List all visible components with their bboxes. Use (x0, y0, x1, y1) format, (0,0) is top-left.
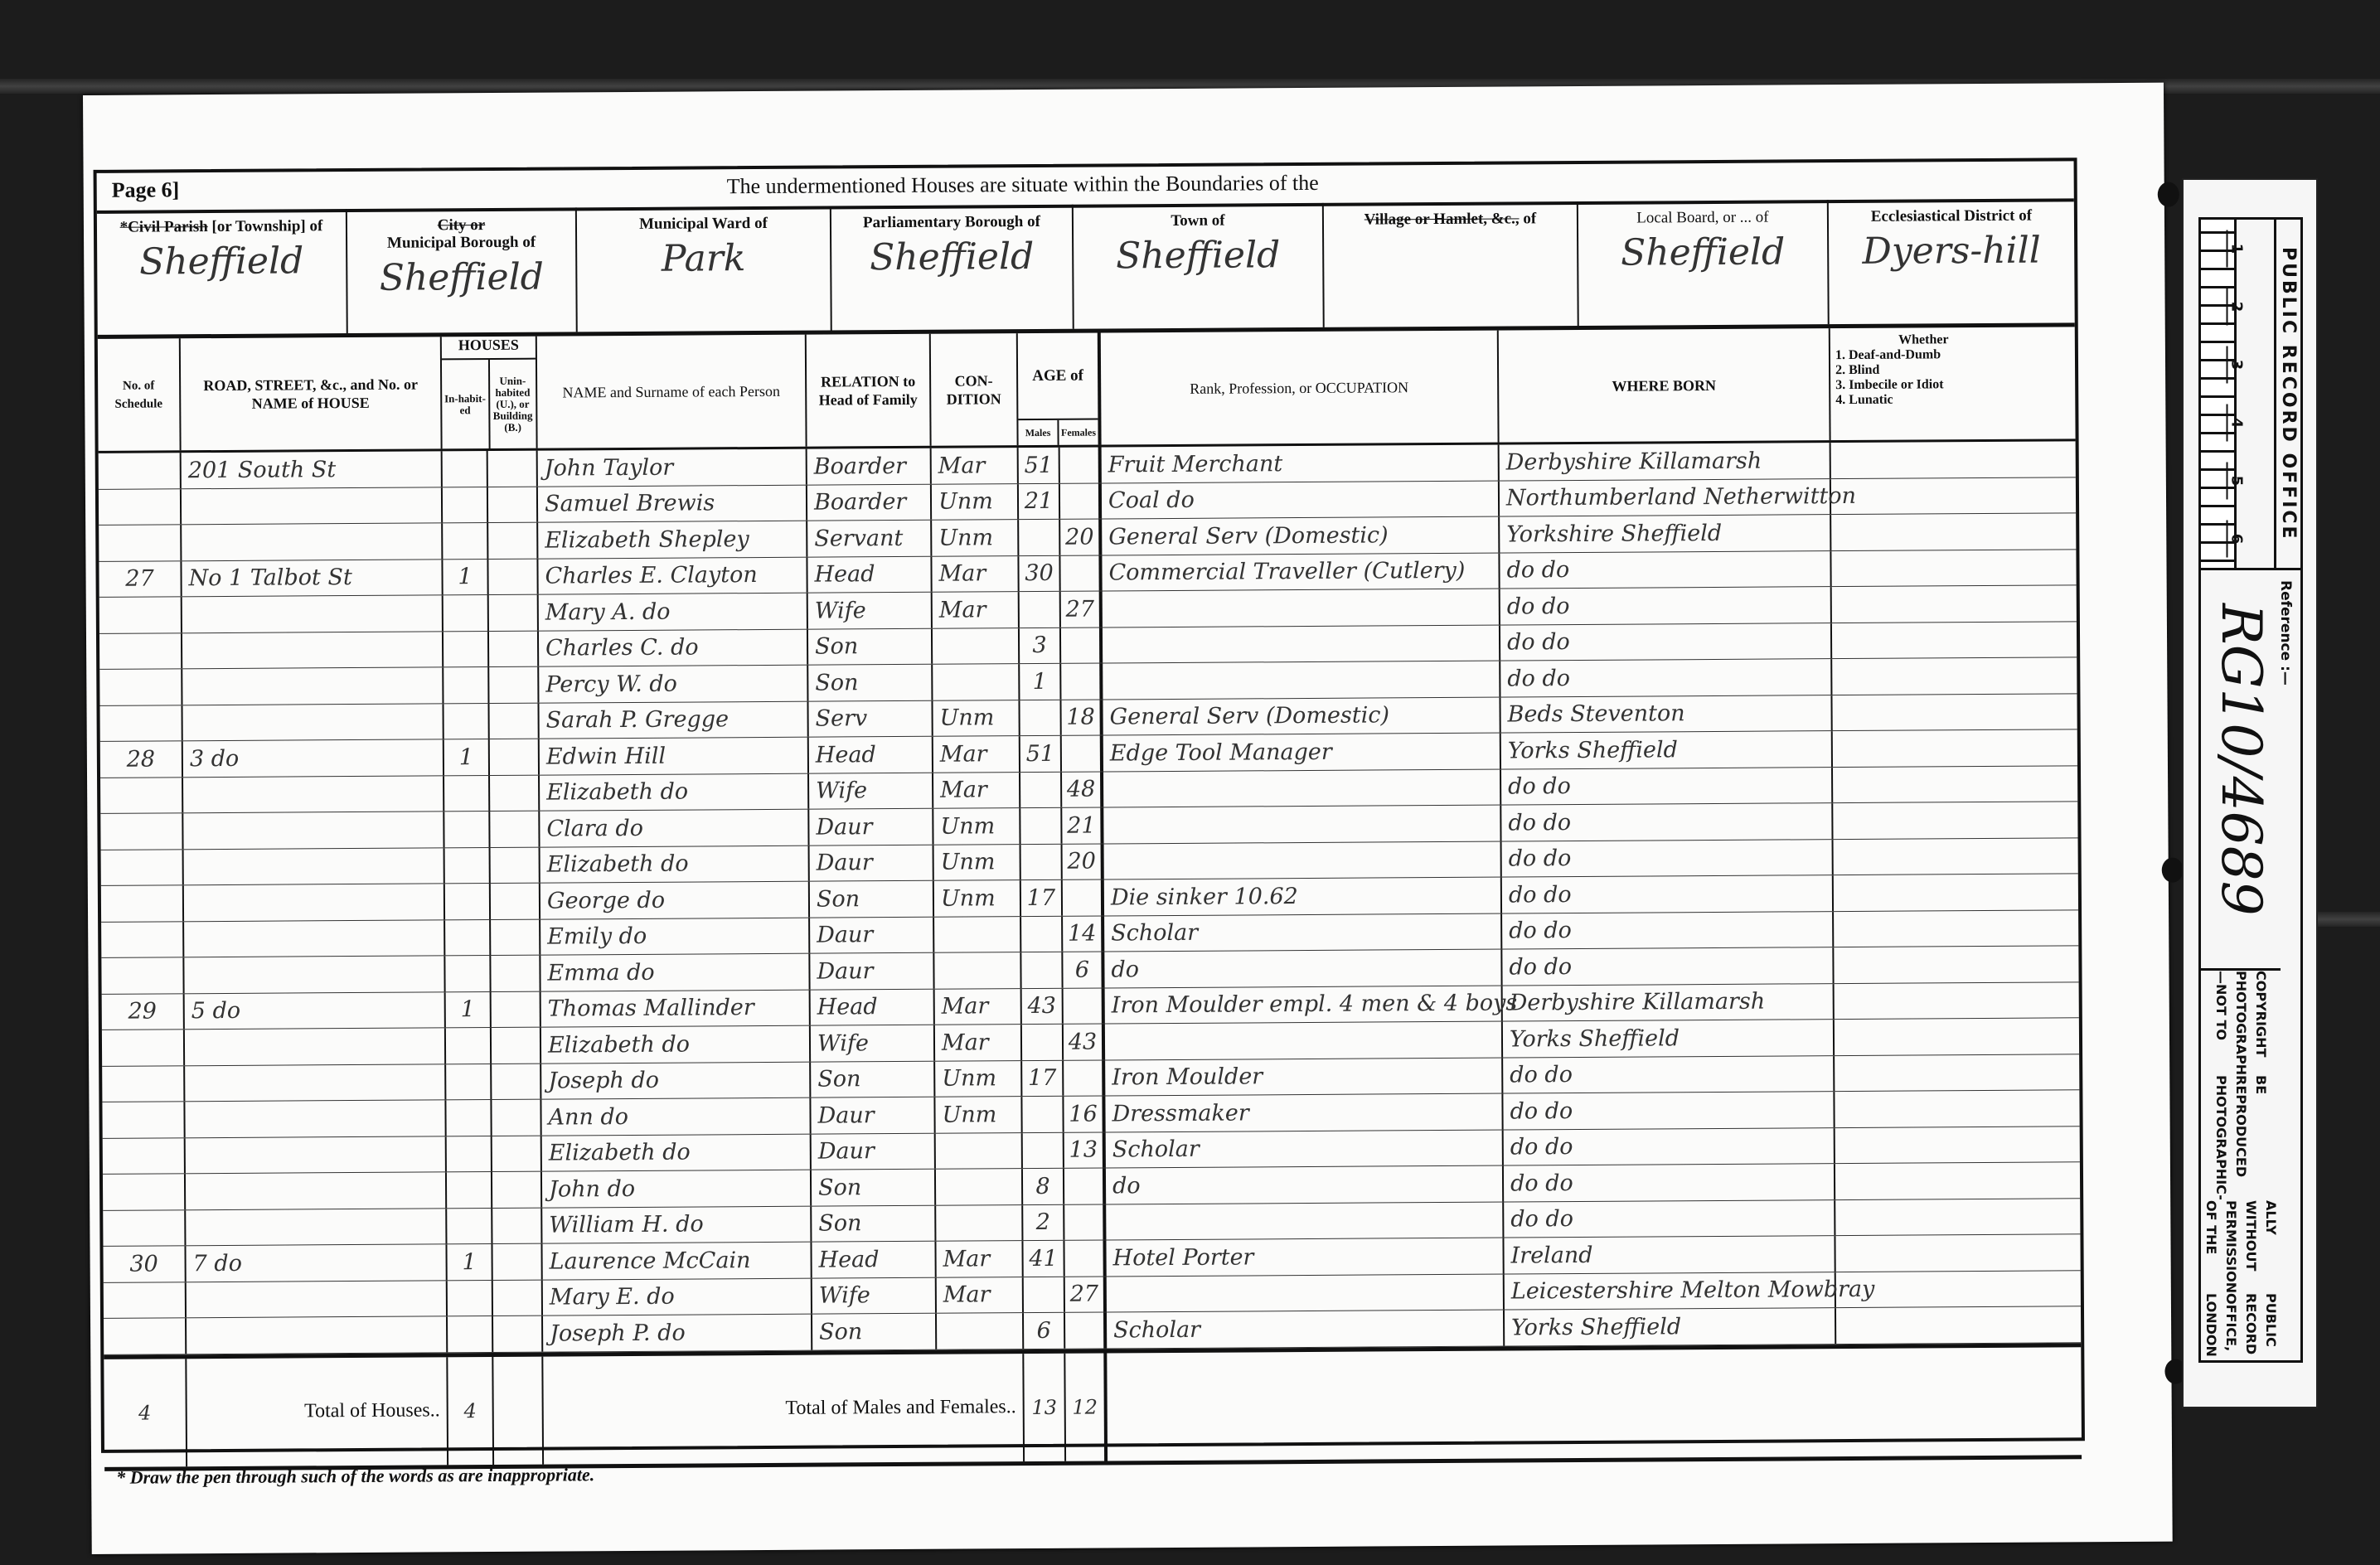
relation: Daur (810, 845, 934, 880)
condition: Mar (937, 1277, 1024, 1313)
age-female (1061, 627, 1103, 663)
where-born: do do (1504, 1164, 1835, 1201)
road-address: 3 do (183, 739, 444, 776)
relation: Son (812, 1170, 936, 1205)
road-address (182, 595, 444, 632)
col-age: AGE of (1018, 333, 1098, 421)
schedule-number (104, 1282, 187, 1318)
condition (936, 1169, 1023, 1204)
where-born: Yorkshire Sheffield (1500, 515, 1831, 552)
person-name: Mary A. do (539, 594, 808, 630)
binder-hole (2158, 182, 2179, 207)
label-struck: Village or Hamlet, &c., (1365, 210, 1520, 228)
where-born: Ireland (1504, 1236, 1835, 1273)
condition: Mar (935, 989, 1022, 1025)
road-address (182, 704, 444, 740)
infirmity-cell (1835, 1199, 2022, 1235)
infirmity-cell (1834, 875, 2020, 911)
where-born: do do (1500, 587, 1832, 624)
age-female (1060, 448, 1102, 483)
total-persons-label: Total of Males and Females.. (543, 1354, 1025, 1465)
municipal-borough-value: Sheffield (347, 255, 575, 299)
ruler-scale (2201, 220, 2237, 568)
census-form: Page 6] The undermentioned Houses are si… (94, 157, 2085, 1453)
road-address (187, 1281, 448, 1317)
infirmity-cell (1831, 550, 2018, 586)
road-address (184, 920, 445, 957)
inhabited-count (445, 884, 491, 919)
age-male: 1 (1020, 664, 1061, 700)
condition: Mar (932, 448, 1019, 483)
relation: Daur (811, 1097, 935, 1133)
condition: Mar (932, 556, 1019, 592)
where-born: Leicestershire Melton Mowbray (1505, 1272, 1836, 1310)
copyright-line: COPYRIGHT PHOTOGRAPH—NOT TO (2211, 971, 2271, 1075)
infirmity-cell (1832, 622, 2019, 658)
age-female (1061, 663, 1103, 699)
infirmity-cell (1835, 1019, 2021, 1055)
relation: Head (812, 1242, 936, 1277)
age-male (1021, 844, 1063, 879)
occupation (1103, 589, 1500, 627)
label-struck: *Civil Parish (120, 218, 208, 236)
relation: Son (810, 881, 934, 917)
census-page: Page 6] The undermentioned Houses are si… (83, 83, 2173, 1554)
age-female: 27 (1061, 591, 1103, 627)
age-male: 17 (1022, 1060, 1064, 1096)
relation: Head (811, 989, 935, 1025)
village-value (1324, 232, 1577, 234)
occupation: Scholar (1107, 1311, 1505, 1348)
uninhabited-cell (492, 1208, 542, 1243)
uninhabited-cell (490, 739, 540, 775)
occupation: Fruit Merchant (1102, 445, 1500, 482)
condition: Unm (932, 520, 1019, 555)
person-name: Laurence McCain (542, 1243, 812, 1279)
infirmity-cell (1835, 1091, 2021, 1127)
age-female: 20 (1060, 520, 1102, 555)
age-female: 16 (1064, 1096, 1105, 1131)
condition (933, 628, 1020, 664)
age-male: 43 (1022, 988, 1064, 1024)
age-male: 41 (1023, 1241, 1064, 1277)
road-address (184, 884, 445, 920)
infirmity-cell (1835, 1235, 2022, 1272)
uninhabited-cell (492, 1100, 541, 1136)
person-name: Charles E. Clayton (538, 557, 807, 594)
relation: Son (811, 1061, 935, 1097)
relation: Head (807, 556, 932, 592)
where-born: Derbyshire Killamarsh (1503, 984, 1835, 1021)
age-female (1063, 879, 1104, 915)
occupation (1103, 806, 1501, 843)
col-schedule: No. of Schedule (98, 338, 180, 451)
where-born: do do (1502, 947, 1834, 985)
road-address (186, 1136, 447, 1173)
occupation: Hotel Porter (1106, 1238, 1504, 1276)
road-address: 201 South St (182, 451, 443, 487)
col-occupation: Rank, Profession, or OCCUPATION (1101, 331, 1498, 445)
condition: Mar (936, 1241, 1023, 1277)
inhabited-count (447, 1136, 492, 1172)
person-name: Emily do (540, 918, 810, 954)
occupation (1103, 769, 1501, 807)
inhabited-count (445, 956, 491, 991)
col-where-born: WHERE BORN (1499, 328, 1830, 442)
age-female (1065, 1312, 1107, 1348)
uninhabited-cell (488, 523, 538, 559)
relation: Servant (807, 521, 932, 556)
relation: Son (812, 1205, 936, 1241)
occupation: do (1106, 1166, 1504, 1204)
person-name: Emma do (540, 954, 810, 991)
infirmity-cell (1834, 838, 2020, 875)
relation: Son (808, 665, 933, 700)
uninhabited-cell (492, 1064, 541, 1099)
age-female (1064, 1204, 1106, 1240)
schedule-number (101, 850, 184, 885)
infirmity-cell (1831, 477, 2018, 514)
ecclesiastical-district-cell: Ecclesiastical District of Dyers-hill (1829, 198, 2075, 324)
inhabited-count: 1 (443, 560, 488, 595)
condition (936, 1205, 1023, 1241)
total-houses: 4 (448, 1357, 494, 1465)
uninhabited-cell (488, 451, 538, 487)
inhabited-count (447, 1209, 492, 1244)
condition (936, 1133, 1023, 1169)
condition: Unm (933, 808, 1020, 844)
relation: Head (809, 737, 933, 773)
infirmity-cell (1832, 658, 2019, 695)
col-houses: HOUSES (442, 337, 536, 361)
age-female (1064, 988, 1105, 1024)
where-born: Yorks Sheffield (1503, 1020, 1835, 1057)
uninhabited-cell (492, 1244, 542, 1280)
where-born: do do (1502, 875, 1834, 913)
total-males: 13 (1024, 1353, 1066, 1461)
infirmity-cell (1833, 766, 2019, 802)
local-board-value: Sheffield (1578, 230, 1827, 274)
relation: Son (812, 1314, 937, 1349)
schedule-number (103, 1210, 186, 1246)
road-address (186, 1172, 447, 1209)
person-name: Thomas Mallinder (541, 990, 811, 1026)
schedule-number (101, 885, 184, 921)
village-cell: Village or Hamlet, &c., of (1324, 201, 1579, 327)
uninhabited-cell (493, 1280, 543, 1315)
infirmity-cell (1835, 1163, 2022, 1199)
occupation: Commercial Traveller (Cutlery) (1102, 553, 1500, 590)
road-address (183, 776, 444, 812)
copyright-notice: COPYRIGHT PHOTOGRAPH—NOT TO BE REPRODUCE… (2201, 968, 2281, 1360)
col-infirmity: Whether 1. Deaf-and-Dumb 2. Blind 3. Imb… (1830, 327, 2018, 440)
person-name: Elizabeth do (541, 1026, 811, 1063)
infirmity-cell (1834, 947, 2020, 983)
age-female (1064, 1240, 1106, 1276)
age-male (1019, 520, 1060, 555)
schedule-number (99, 453, 182, 488)
uninhabited-cell (491, 956, 540, 991)
col-males: Males (1018, 420, 1059, 445)
age-female (1062, 735, 1103, 771)
age-female: 18 (1061, 700, 1103, 735)
infirmity-cell (1835, 1127, 2022, 1163)
uninhabited-cell (490, 775, 540, 811)
scale-numbers: 1 2 3 4 5 6 (2237, 220, 2276, 568)
age-female (1064, 1060, 1105, 1096)
schedule-number (99, 705, 182, 741)
inhabited-count (444, 704, 489, 739)
age-male (1024, 1277, 1065, 1312)
schedule-number (99, 669, 182, 705)
age-female: 14 (1063, 916, 1104, 952)
municipal-ward-value: Park (577, 236, 830, 280)
person-name: William H. do (542, 1206, 812, 1243)
page-number: Page 6] (112, 177, 180, 202)
person-name: Elizabeth Shepley (538, 521, 807, 558)
condition: Mar (933, 773, 1020, 808)
occupation: Coal do (1102, 481, 1500, 518)
person-name: Elizabeth do (540, 845, 810, 882)
road-address (183, 812, 444, 848)
relation: Wife (809, 773, 933, 808)
uninhabited-cell (489, 595, 539, 631)
infirmity-cell (1836, 1307, 2023, 1344)
inhabited-count (443, 487, 488, 523)
label: [or Township] of (211, 217, 322, 235)
condition: Mar (935, 1025, 1022, 1060)
label: Parliamentary Borough of (831, 205, 1072, 232)
where-born: Yorks Sheffield (1505, 1308, 1836, 1345)
occupation (1105, 1022, 1503, 1059)
relation: Boarder (807, 448, 932, 484)
scale-number: 3 (2227, 346, 2285, 384)
table-body: 201 South StJohn TaylorBoarderMar51Fruit… (99, 441, 2082, 1354)
where-born: do do (1501, 803, 1833, 841)
age-female: 21 (1062, 807, 1103, 843)
age-male (1023, 1132, 1064, 1168)
inhabited-count (448, 1316, 493, 1352)
road-address: 5 do (185, 992, 446, 1029)
condition: Unm (935, 1097, 1022, 1132)
occupation: Edge Tool Manager (1103, 734, 1501, 771)
where-born: do do (1501, 768, 1833, 805)
label: of (1523, 210, 1536, 227)
uninhabited-cell (489, 703, 539, 739)
occupation (1107, 1274, 1505, 1311)
schedule-number: 29 (102, 994, 185, 1030)
age-male: 6 (1024, 1313, 1065, 1349)
occupation: Scholar (1104, 913, 1502, 951)
occupation: Iron Moulder (1105, 1058, 1503, 1095)
col-condition: CON-DITION (931, 333, 1017, 446)
uninhabited-cell (488, 487, 538, 522)
col-uninhabited: Unin-habited (U.), or Building (B.) (489, 360, 536, 448)
person-name: Sarah P. Gregge (539, 701, 808, 738)
label: Municipal Ward of (577, 206, 830, 233)
road-address (184, 848, 445, 884)
infirmity-cell (1832, 586, 2019, 623)
uninhabited-cell (492, 1172, 542, 1208)
pro-scale-block: 1 2 3 4 5 6 PUBLIC RECORD OFFICE (2201, 220, 2300, 568)
inhabited-count (448, 1281, 493, 1316)
infirmity-cell (1833, 730, 2019, 767)
inhabited-count (444, 667, 489, 703)
infirm-option: 1. Deaf-and-Dumb (1835, 347, 2012, 363)
person-name: Clara do (540, 810, 809, 846)
inhabited-count: 1 (444, 739, 490, 775)
where-born: do do (1503, 1056, 1835, 1093)
infirm-title: Whether (1835, 332, 2012, 348)
condition (934, 952, 1021, 988)
col-road: ROAD, STREET, &c., and No. or NAME of HO… (181, 337, 441, 450)
schedule-number (102, 1102, 185, 1137)
age-male: 21 (1019, 483, 1060, 519)
infirm-option: 3. Imbecile or Idiot (1835, 377, 2012, 393)
age-male (1022, 1097, 1064, 1132)
civil-parish-cell: *Civil Parish [or Township] of Sheffield (97, 209, 348, 335)
infirmity-cell (1833, 802, 2019, 839)
where-born: do do (1502, 912, 1834, 949)
inhabited-count (445, 848, 491, 884)
inhabited-count (446, 1028, 492, 1064)
municipal-ward-cell: Municipal Ward of Park (577, 206, 832, 332)
age-female: 27 (1065, 1277, 1107, 1312)
road-address (182, 632, 444, 668)
relation: Daur (812, 1133, 936, 1169)
relation: Daur (810, 953, 934, 989)
local-board-cell: Local Board, or ... of Sheffield (1578, 200, 1830, 326)
uninhabited-cell (492, 1028, 541, 1064)
uninhabited-cell (490, 812, 540, 847)
schedule-number (100, 778, 183, 813)
infirmity-cell (1835, 1054, 2021, 1091)
reference-block: Reference :— RG10/4689 (2201, 568, 2300, 968)
condition (937, 1313, 1024, 1349)
relation: Daur (810, 917, 934, 952)
age-female: 48 (1062, 772, 1103, 807)
schedule-number: 30 (103, 1246, 186, 1282)
relation: Daur (809, 809, 933, 845)
condition (934, 917, 1021, 952)
infirmity-cell (1836, 1271, 2023, 1307)
age-female: 6 (1063, 952, 1104, 987)
label: Town of (1074, 203, 1322, 230)
inhabited-count (447, 1172, 492, 1208)
age-female (1064, 1168, 1106, 1204)
age-male (1021, 952, 1063, 988)
inhabited-count (446, 1064, 492, 1100)
schedule-number (99, 597, 182, 632)
public-record-office-stamp: 1 2 3 4 5 6 PUBLIC RECORD OFFICE Referen… (2182, 178, 2318, 1408)
person-name: Ann do (541, 1098, 811, 1135)
reference-number: RG10/4689 (2209, 603, 2273, 916)
footnote: * Draw the pen through such of the words… (116, 1464, 594, 1489)
person-name: Joseph do (541, 1062, 811, 1098)
label: Municipal Borough of (387, 234, 536, 252)
person-name: John do (542, 1170, 812, 1207)
where-born: Northumberland Netherwitton (1500, 479, 1831, 516)
condition (933, 664, 1020, 700)
inhabited-count (445, 920, 491, 956)
age-male: 8 (1023, 1169, 1064, 1204)
road-address (185, 1064, 446, 1101)
relation: Wife (812, 1277, 937, 1313)
inhabited-count (444, 632, 489, 667)
infirmity-cell (1831, 442, 2018, 478)
where-born: do do (1504, 1128, 1835, 1165)
person-name: Mary E. do (543, 1278, 812, 1315)
relation: Wife (808, 593, 933, 628)
inhabited-count (444, 776, 490, 812)
where-born: Beds Steventon (1500, 695, 1832, 733)
schedule-number (99, 525, 182, 560)
where-born: do do (1500, 659, 1832, 696)
where-born: do do (1503, 1092, 1835, 1129)
person-name: Charles C. do (539, 629, 808, 666)
inhabited-count (444, 595, 489, 631)
age-male: 17 (1021, 880, 1063, 916)
age-male (1020, 772, 1062, 807)
age-male (1020, 808, 1062, 844)
scale-number: 2 (2227, 288, 2285, 326)
condition: Mar (933, 592, 1020, 627)
label: Ecclesiastical District of (1829, 198, 2074, 225)
road-address: No 1 Talbot St (182, 560, 443, 596)
ecclesiastical-district-value: Dyers-hill (1829, 229, 2074, 273)
condition: Unm (932, 484, 1019, 520)
age-female (1060, 555, 1102, 591)
schedule-number: 28 (100, 741, 183, 777)
uninhabited-cell (489, 667, 539, 703)
column-headers: No. of Schedule ROAD, STREET, &c., and N… (98, 327, 2076, 453)
person-name: Samuel Brewis (538, 485, 807, 521)
totals-blank (1107, 1347, 2082, 1461)
where-born: Derbyshire Killamarsh (1500, 443, 1831, 480)
age-male (1022, 1025, 1064, 1060)
condition: Unm (933, 700, 1020, 736)
where-born: do do (1502, 840, 1834, 877)
town-cell: Town of Sheffield (1074, 203, 1325, 329)
col-females: Females (1059, 420, 1098, 445)
total-uninhabited (493, 1356, 544, 1464)
binder-hole (2162, 858, 2184, 883)
occupation: do (1104, 950, 1502, 987)
age-female (1060, 483, 1102, 519)
form-title: The undermentioned Houses are situate wi… (727, 171, 1319, 199)
schedule-number (99, 489, 182, 525)
col-name: NAME and Surname of each Person (537, 335, 806, 448)
schedule-number: 27 (99, 561, 182, 597)
person-name: George do (540, 882, 810, 918)
infirmity-cell (1831, 514, 2018, 550)
relation: Serv (808, 700, 933, 736)
road-address (187, 1316, 448, 1353)
infirmity-cell (1834, 910, 2020, 947)
age-male (1020, 592, 1061, 627)
road-address (185, 1028, 446, 1064)
road-address (185, 1100, 446, 1136)
schedule-number (103, 1138, 186, 1174)
road-address (182, 523, 443, 560)
reference-label: Reference :— (2277, 580, 2294, 686)
office-name: PUBLIC RECORD OFFICE (2276, 220, 2300, 568)
person-name: Joseph P. do (543, 1315, 812, 1351)
relation: Son (808, 628, 933, 664)
schedule-number (102, 1066, 185, 1102)
relation: Wife (811, 1025, 935, 1061)
occupation: General Serv (Domestic) (1103, 697, 1500, 734)
